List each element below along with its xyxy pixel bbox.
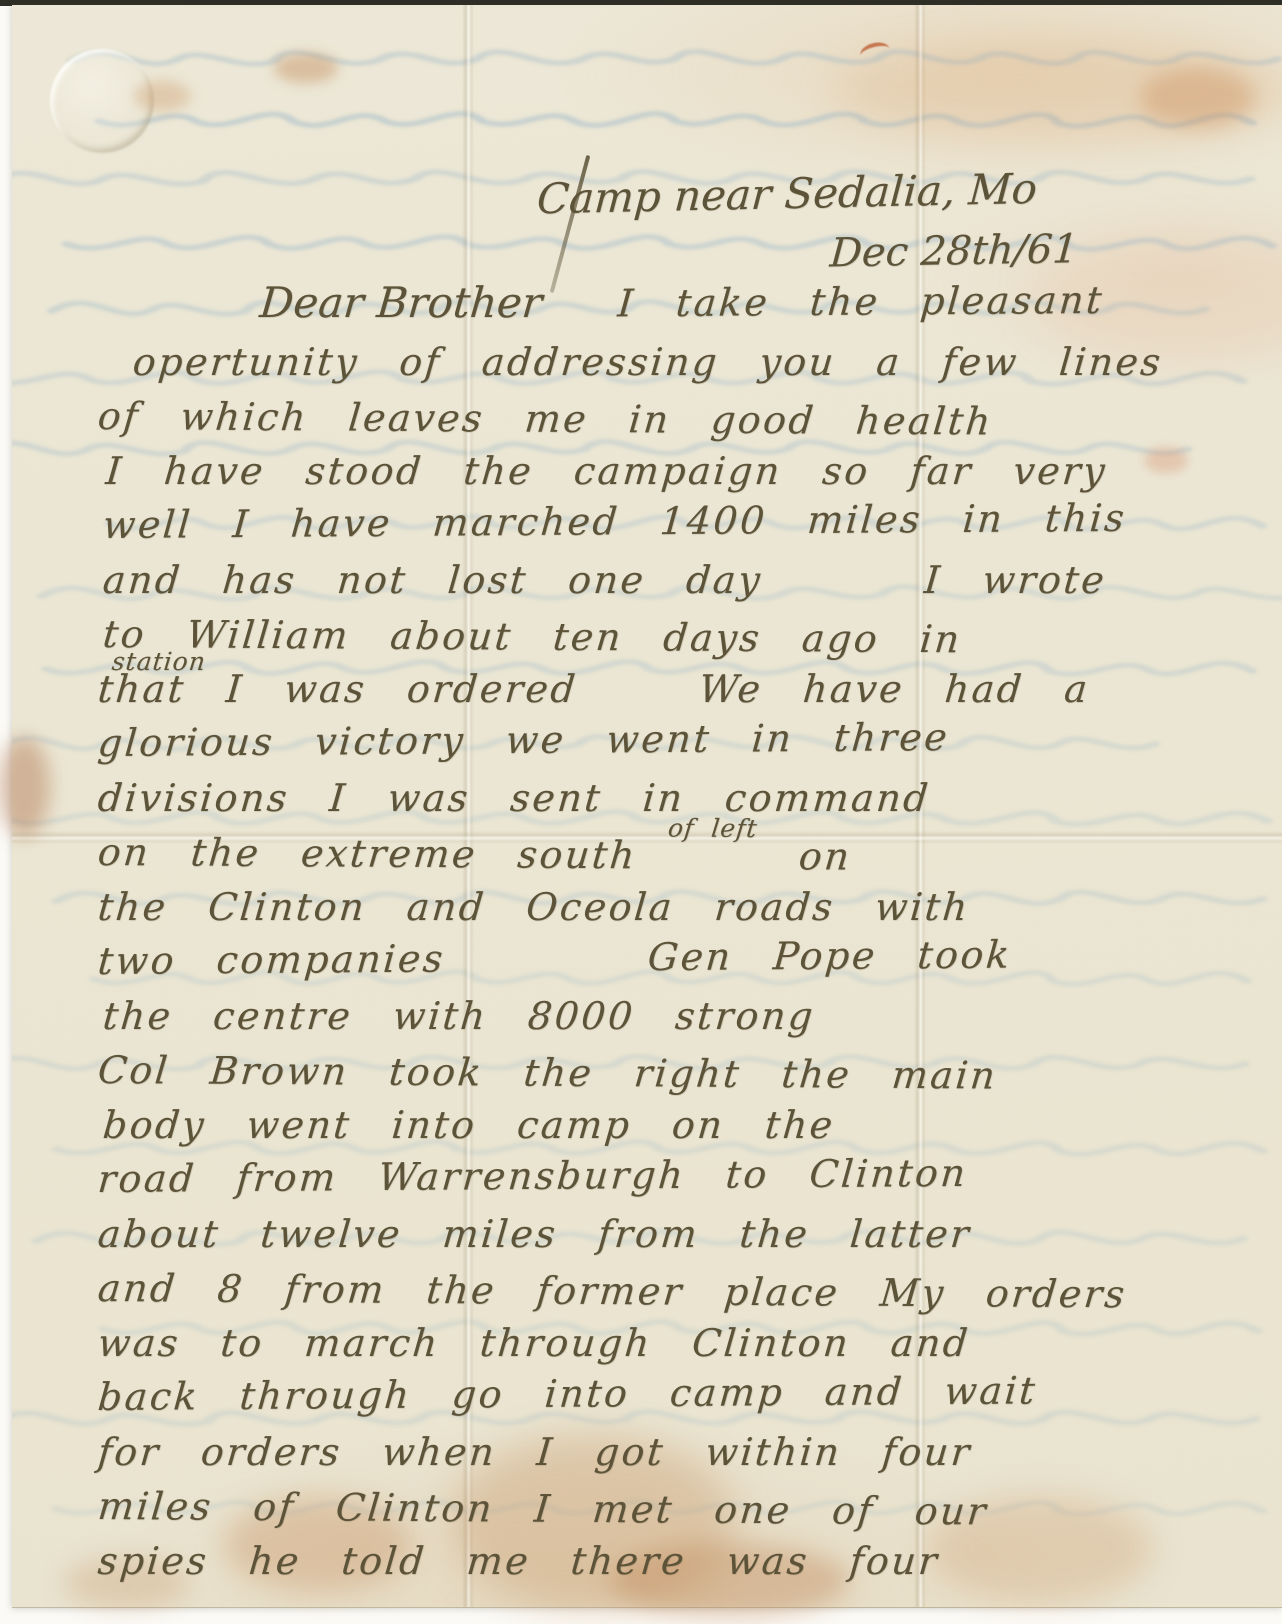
letter-line: on the extreme south onof left (98, 830, 1272, 892)
letter-line-text: road from Warrensburgh to Clinton (96, 1151, 969, 1201)
red-ink-mark (858, 40, 891, 65)
letter-line: about twelve miles from the latter (98, 1212, 1272, 1267)
letter-line: back through go into camp and wait (98, 1367, 1272, 1430)
letter-line-text: I have stood the campaign so far very (104, 449, 1109, 493)
letter-line-text: Col Brown took the right the main (96, 1048, 999, 1097)
inserted-word: of left (667, 813, 760, 843)
letter-line-text: back through go into camp and wait (96, 1368, 1039, 1419)
stain-top-right (1140, 67, 1255, 129)
inserted-word: station (110, 647, 207, 676)
letter-line-text: that I was ordered We have had a (96, 667, 1091, 711)
stain-left-edge (0, 737, 50, 837)
letter-line-text: and 8 from the former place My orders (96, 1266, 1129, 1316)
date-text: Dec 28th/61 (829, 226, 1080, 276)
letter-line-text: opertunity of addressing you a few lines (131, 340, 1164, 384)
letter-body: I take the pleasantopertunity of address… (98, 285, 1272, 1593)
embossed-seal (50, 49, 154, 153)
letter-line-text: miles of Clinton I met one of our (96, 1484, 990, 1533)
letter-line: that I was ordered We have had astation (98, 667, 1272, 722)
letter-line-text: glorious victory we went in three (96, 715, 951, 765)
letter-line-text: and has not lost one day I wrote (101, 558, 1108, 602)
letter-line-text: of which leaves me in good health (96, 394, 995, 443)
letter-line: the centre with 8000 strong (98, 994, 1272, 1049)
stain-top-left-small (274, 53, 338, 83)
letter-line-text: body went into camp on the (101, 1103, 837, 1147)
letter-line: two companies Gen Pope took (98, 931, 1272, 994)
letter-line-text: for orders when I got within four (96, 1430, 974, 1474)
letter-line-text: I take the pleasant (616, 278, 1105, 325)
letter-line-text: was to march through Clinton and (96, 1321, 972, 1365)
letter-line: glorious victory we went in three (98, 713, 1272, 776)
letter-line: and has not lost one day I wrote (98, 558, 1272, 613)
letter-line-text: to William about ten days ago in (101, 612, 964, 661)
letter-line: road from Warrensburgh to Clinton (98, 1149, 1272, 1212)
letter-line-text: about twelve miles from the latter (96, 1212, 973, 1256)
letter-line: opertunity of addressing you a few lines (98, 340, 1272, 395)
letter-line-text: the Clinton and Oceola roads with (96, 885, 971, 929)
letter-line: miles of Clinton I met one of our (98, 1484, 1272, 1546)
letter-line: I take the pleasant (98, 277, 1272, 340)
letter-line: body went into camp on the (98, 1103, 1272, 1158)
letter-line: was to march through Clinton and (98, 1321, 1272, 1376)
letter-line: and 8 from the former place My orders (98, 1266, 1272, 1328)
letter-line: the Clinton and Oceola roads with (98, 885, 1272, 940)
letter-line: well I have marched 1400 miles in this (98, 495, 1272, 558)
letter-line-text: well I have marched 1400 miles in this (101, 496, 1128, 547)
letter-line-text: divisions I was sent in command (96, 776, 932, 820)
letter-line: Col Brown took the right the main (98, 1048, 1272, 1110)
letter-line: for orders when I got within four (98, 1430, 1272, 1485)
letter-line-text: two companies Gen Pope took (96, 933, 1013, 983)
letter-line-text: the centre with 8000 strong (101, 994, 817, 1038)
letter-line: I have stood the campaign so far very (98, 449, 1272, 504)
letter-line: to William about ten days ago in (98, 612, 1272, 674)
letter-paper: Camp near Sedalia, Mo Dec 28th/61 Dear B… (12, 5, 1282, 1608)
letter-line: spies he told me there was four (98, 1539, 1272, 1594)
letter-line: of which leaves me in good health (98, 394, 1272, 456)
scanned-letter: Camp near Sedalia, Mo Dec 28th/61 Dear B… (0, 0, 1282, 1624)
letter-line-text: spies he told me there was four (96, 1539, 941, 1583)
